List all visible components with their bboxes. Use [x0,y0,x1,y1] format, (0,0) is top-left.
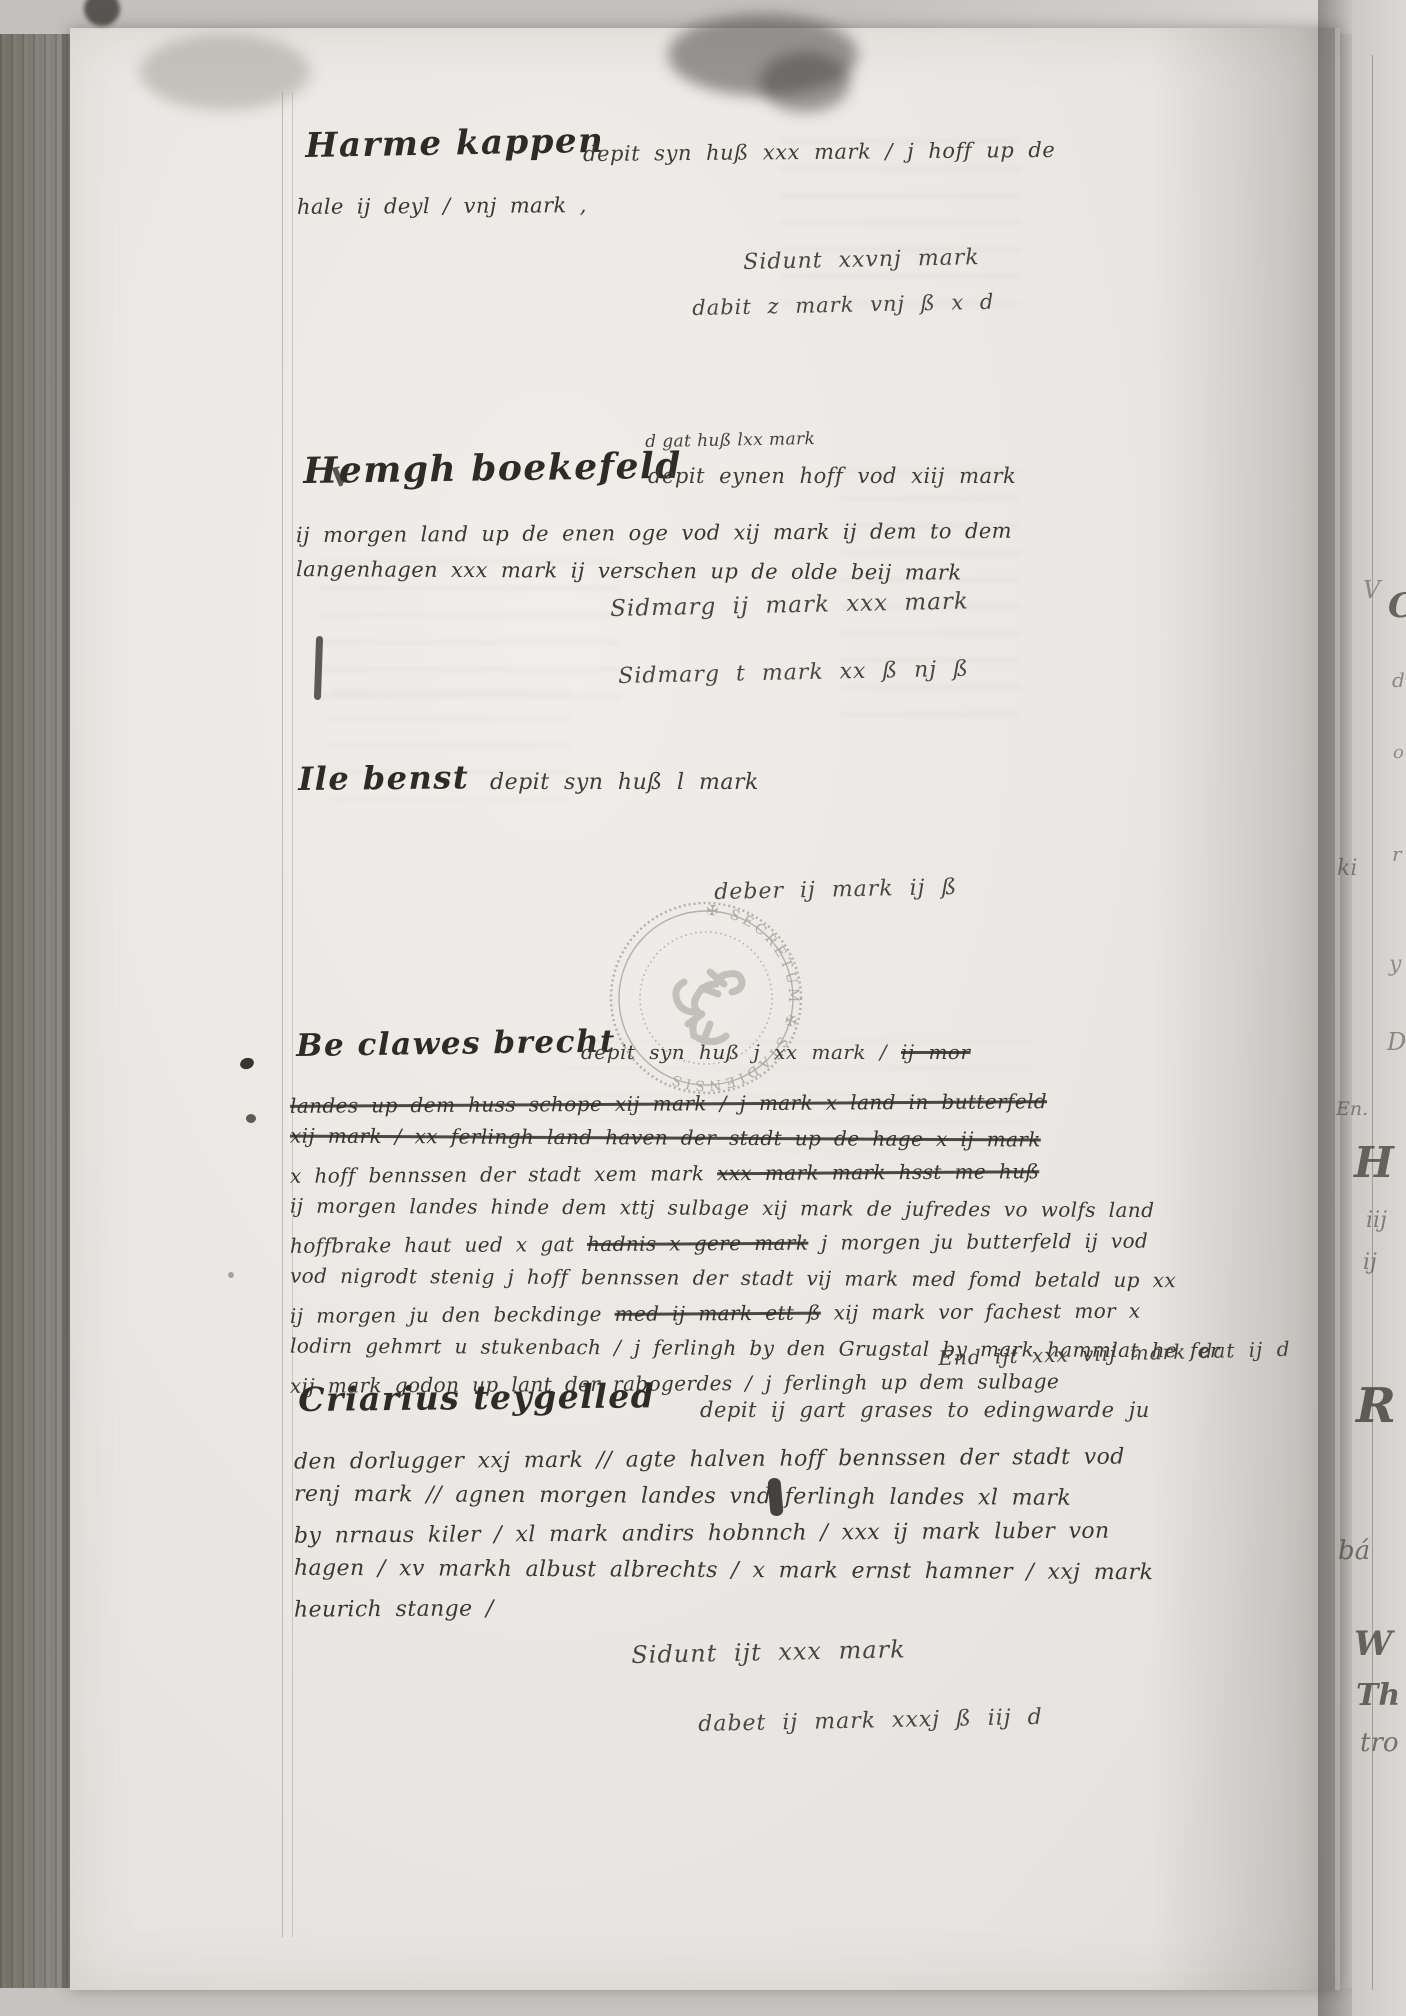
adjacent-page-letter: R [1356,1378,1396,1434]
adjacent-page-letter: y [1389,952,1401,977]
entry-line: landes up dem huss schope xij mark / j m… [290,1083,1220,1124]
seal-rim-text: ✠ SECRETUM ✠ STADIENSIS [667,903,801,1094]
entry-2-name: Hemgh boekefeld [303,445,682,492]
entry-line: renj mark // agnen morgen landes vnd fer… [294,1476,1153,1517]
entry-line: hale ij deyl / vnj mark , [297,187,587,225]
margin-rule-line [292,92,293,1937]
adjacent-page-letter: H [1354,1138,1394,1187]
entry-text: depit syn huß j xx mark / [581,1040,901,1064]
entry-1-lines: hale ij deyl / vnj mark , [297,188,587,224]
entry-line: heurich stange / [294,1586,1153,1628]
entry-line: hagen / xv markh albust albrechts / x ma… [294,1550,1153,1591]
struck-text: xxx mark mark hsst me huß [717,1159,1039,1185]
ink-stain [760,52,850,112]
adjacent-page-letter: D [1387,1028,1406,1056]
entry-1-name: Harme kappen [305,121,605,166]
entry-line: den dorlugger xxj mark // agte halven ho… [294,1438,1153,1480]
entry-line: xij mark / xx ferlingh land haven der st… [290,1119,1220,1159]
entry-text: xij mark vor fachest mor x [821,1299,1141,1325]
entry-5-lines: den dorlugger xxj mark // agte halven ho… [294,1441,1153,1626]
entry-line: hoffbrake haut ued x gat hadnis x gere m… [290,1223,1220,1264]
margin-bullet [228,1272,234,1278]
adjacent-page-letter: En. [1336,1098,1368,1120]
entry-line: ij morgen ju den beckdinge med ij mark e… [290,1293,1220,1334]
adjacent-page-letter: ki [1337,856,1357,881]
entry-4-text: depit syn huß j xx mark / ij mor [581,1040,971,1064]
struck-text: hadnis x gere mark [587,1231,808,1256]
struck-text: ij mor [901,1040,971,1064]
adjacent-page-letter: ij [1363,1250,1377,1275]
photo-bottom-margin [0,1988,1406,2016]
entry-1-summa: Sidunt xxvnj mark [743,245,980,275]
adjacent-page [1352,0,1406,2016]
adjacent-page-letter: o [1393,742,1404,763]
entry-line: ij morgen land up de enen oge vod xij ma… [296,512,1012,554]
smudge-stain [140,34,310,110]
entry-text: j morgen ju butterfeld ij vod [808,1229,1148,1255]
entry-4-name: Be clawes brecht [296,1024,616,1064]
adjacent-page-letter: r [1392,842,1402,866]
entry-3-name: Ile benst [298,758,469,798]
adjacent-page-letter: C [1388,586,1406,626]
adjacent-page-letter: iij [1366,1208,1387,1233]
adjacent-page-letter: Th [1356,1678,1400,1713]
entry-text: hoffbrake haut ued x gat [290,1232,587,1258]
entry-5-name: Criarius teygelled [298,1376,656,1419]
entry-2-lines: ij morgen land up de enen oge vod xij ma… [296,514,1012,590]
page-curvature-shadow [1150,28,1335,1990]
entry-text: x hoff bennssen der stadt xem mark [290,1161,717,1188]
entry-line: vod nigrodt stenig j hoff bennssen der s… [290,1259,1220,1299]
entry-3-text: depit syn huß l mark [490,770,759,795]
entry-text: ij morgen ju den beckdinge [290,1302,615,1328]
adjacent-page-letter: bá [1338,1536,1370,1566]
entry-5-summa: Sidunt ijt xxx mark [631,1635,906,1669]
entry-1-text: depit syn huß xxx mark / j hoff up de [583,138,1055,166]
margin-rule-line [282,92,283,1937]
adjacent-page-letter: d [1392,668,1405,692]
adjacent-page-letter: tro [1360,1728,1399,1758]
entry-2-text: depit eynen hoff vod xiij mark [648,464,1016,488]
entry-line: by nrnaus kiler / xl mark andirs hobnnch… [294,1512,1153,1554]
adjacent-page-letter: W [1354,1624,1392,1664]
lion-rampant-icon [676,972,742,1042]
entry-line: langenhagen xxx mark ij verschen up de o… [296,550,1012,592]
struck-text: med ij mark ett ß [614,1301,820,1326]
manuscript-photo: Harme kappen depit syn huß xxx mark / j … [0,0,1406,2016]
entry-line: ij morgen landes hinde dem xttj sulbage … [290,1189,1220,1229]
adjacent-page-letter: V [1363,576,1380,604]
entry-line: x hoff bennssen der stadt xem mark xxx m… [290,1153,1220,1194]
city-seal-stamp: ✠ SECRETUM ✠ STADIENSIS [606,898,806,1098]
entry-5-text: depit ij gart grases to edingwarde ju [700,1398,1150,1422]
margin-bullet [246,1114,256,1123]
entry-2-superscript: d gat huß lxx mark [645,429,815,452]
